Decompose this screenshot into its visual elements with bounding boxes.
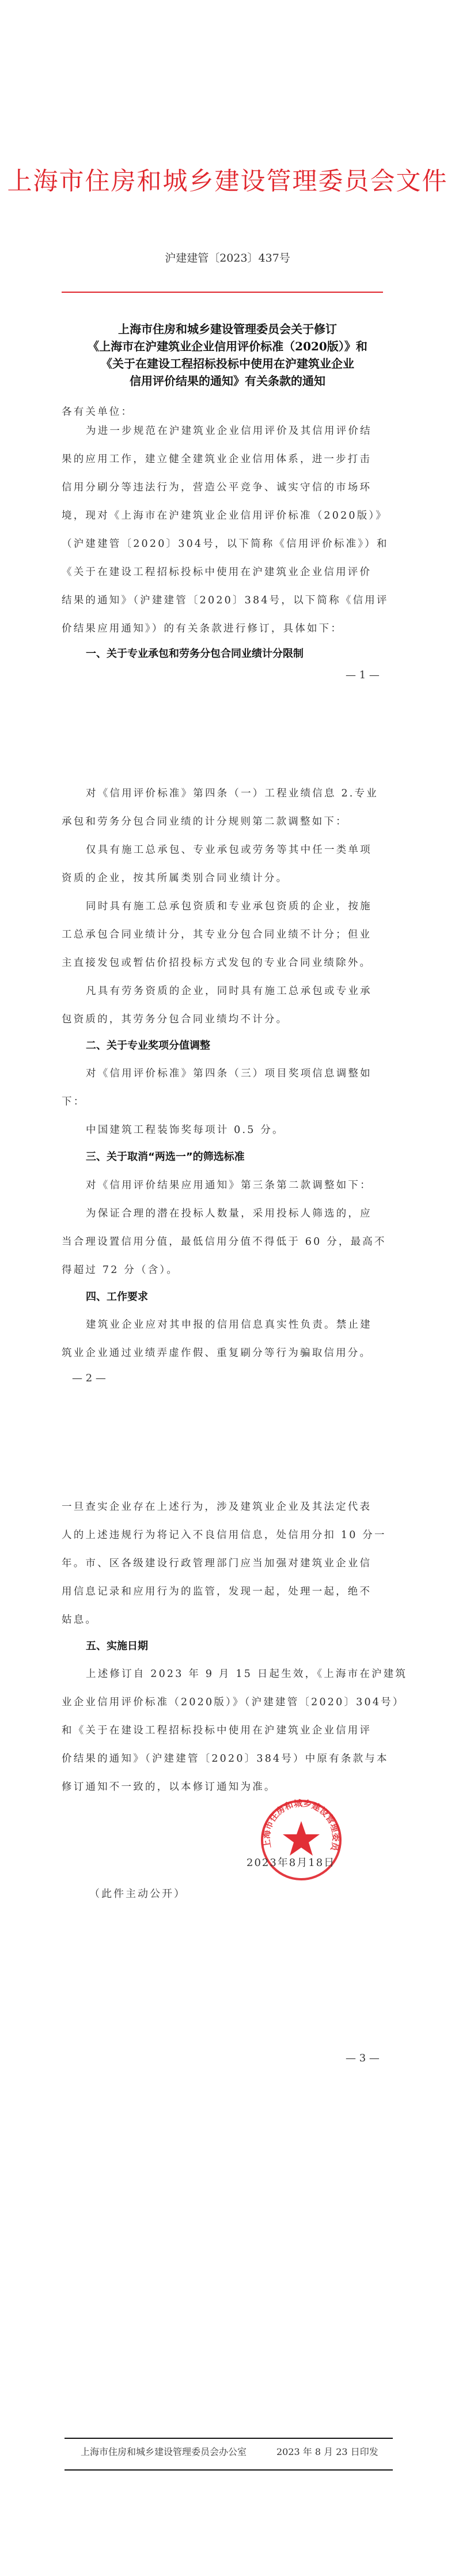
section-4-line: 筑业企业通过业绩弄虚作假、重复刷分等行为骗取信用分。 <box>62 1344 396 1362</box>
page-number-2: — 2 — <box>72 1372 106 1385</box>
section-2-line: 下： <box>62 1093 396 1111</box>
section-5-line: 价结果的通知》（沪建建管〔2020〕384号）中原有条款与本 <box>62 1750 396 1767</box>
intro-line: （沪建建管〔2020〕304号，以下简称《信用评价标准》）和 <box>62 535 396 553</box>
section-1-line: 对《信用评价标准》第四条（一）工程业绩信息 2.专业 <box>86 785 397 802</box>
section-1-line: 仅具有施工总承包、专业承包或劳务等其中任一类单项 <box>86 841 397 859</box>
section-2-line: 中国建筑工程装饰奖每项计 0.5 分。 <box>86 1121 397 1139</box>
disclosure-note: （此件主动公开） <box>89 1886 186 1903</box>
section-heading-1: 一、关于专业承包和劳务分包合同业绩计分限制 <box>86 645 304 663</box>
intro-line: 《关于在建设工程招标投标中使用在沪建筑业企业信用评价 <box>62 564 396 581</box>
section-3-line: 对《信用评价结果应用通知》第三条第二款调整如下： <box>86 1177 397 1194</box>
section-3-line: 当合理设置信用分值，最低信用分值不得低于 60 分，最高不 <box>62 1233 396 1251</box>
footer-print-date: 2023 年 8 月 23 日印发 <box>276 2445 378 2459</box>
section-4-line: 年。市、区各级建设行政管理部门应当加强对建筑业企业信 <box>62 1555 396 1572</box>
section-5-line: 和《关于在建设工程招标投标中使用在沪建筑业企业信用评 <box>62 1722 396 1739</box>
section-heading-4: 四、工作要求 <box>86 1289 148 1306</box>
intro-line: 果的应用工作，建立健全建筑业企业信用体系，进一步打击 <box>62 451 396 468</box>
document-number: 沪建建管〔2023〕437号 <box>0 250 455 267</box>
section-1-line: 同时具有施工总承包资质和专业承包资质的企业，按施 <box>86 898 397 915</box>
salutation: 各有关单位： <box>62 403 396 421</box>
page-number-3: — 3 — <box>346 2052 380 2065</box>
intro-line: 价结果应用通知》）的有关条款进行修订，具体如下： <box>62 620 396 637</box>
section-1-line: 凡具有劳务资质的企业，同时具有施工总承包或专业承 <box>86 983 397 1000</box>
notice-title-line-3: 《关于在建设工程招标投标中使用在沪建筑业企业 <box>63 356 392 371</box>
section-3-line: 为保证合理的潜在投标人数量，采用投标人筛选的，应 <box>86 1205 397 1222</box>
section-heading-2: 二、关于专业奖项分值调整 <box>86 1037 210 1055</box>
section-1-line: 工总承包合同业绩计分，其专业分包合同业绩不计分；但业 <box>62 926 396 943</box>
intro-line: 为进一步规范在沪建筑业企业信用评价及其信用评价结 <box>86 422 397 440</box>
intro-line: 境，现对《上海市在沪建筑业企业信用评价标准（2020版）》 <box>62 507 396 524</box>
section-4-line: 建筑业企业应对其申报的信用信息真实性负责。禁止建 <box>86 1316 397 1334</box>
footer-top-rule <box>65 2438 393 2439</box>
page-number-1: — 1 — <box>346 668 380 682</box>
section-4-line: 姑息。 <box>62 1611 396 1629</box>
section-2-line: 对《信用评价标准》第四条（三）项目奖项信息调整如 <box>86 1065 397 1082</box>
section-1-line: 资质的企业，按其所属类别合同业绩计分。 <box>62 870 396 887</box>
notice-title-line-4: 信用评价结果的通知》有关条款的通知 <box>63 373 392 388</box>
signature-date: 2023年8月18日 <box>247 1854 335 1872</box>
section-3-line: 得超过 72 分（含）。 <box>62 1261 396 1279</box>
red-divider <box>62 292 383 293</box>
issuer-title: 上海市住房和城乡建设管理委员会文件 <box>0 167 455 196</box>
footer-bottom-rule <box>65 2469 393 2471</box>
section-1-line: 承包和劳务分包合同业绩的计分规则第二款调整如下： <box>62 813 396 830</box>
section-1-line: 主直接发包或暂估价招投标方式发包的专业合同业绩除外。 <box>62 954 396 972</box>
section-4-line: 一旦查实企业存在上述行为，涉及建筑业企业及其法定代表 <box>62 1498 396 1516</box>
section-1-line: 包资质的，其劳务分包合同业绩均不计分。 <box>62 1011 396 1028</box>
notice-title-line-1: 上海市住房和城乡建设管理委员会关于修订 <box>63 322 392 337</box>
section-5-line: 修订通知不一致的，以本修订通知为准。 <box>62 1778 396 1796</box>
section-heading-5: 五、实施日期 <box>86 1638 148 1655</box>
section-heading-3: 三、关于取消“两选一”的筛选标准 <box>86 1149 245 1166</box>
notice-title-line-2: 《上海市在沪建筑业企业信用评价标准（2020版）》和 <box>63 339 392 354</box>
section-4-line: 用信息记录和应用行为的监管，发现一起，处理一起，绝不 <box>62 1583 396 1600</box>
intro-line: 信用分刷分等违法行为，营造公平竞争、诚实守信的市场环 <box>62 479 396 496</box>
section-5-line: 业企业信用评价标准（2020版）》（沪建建管〔2020〕304号） <box>62 1694 396 1711</box>
section-4-line: 人的上述违规行为将记入不良信用信息，处信用分扣 10 分一 <box>62 1527 396 1544</box>
footer-office: 上海市住房和城乡建设管理委员会办公室 <box>81 2445 247 2459</box>
section-5-line: 上述修订自 2023 年 9 月 15 日起生效，《上海市在沪建筑 <box>86 1665 397 1683</box>
intro-line: 结果的通知》（沪建建管〔2020〕384号，以下简称《信用评 <box>62 592 396 609</box>
